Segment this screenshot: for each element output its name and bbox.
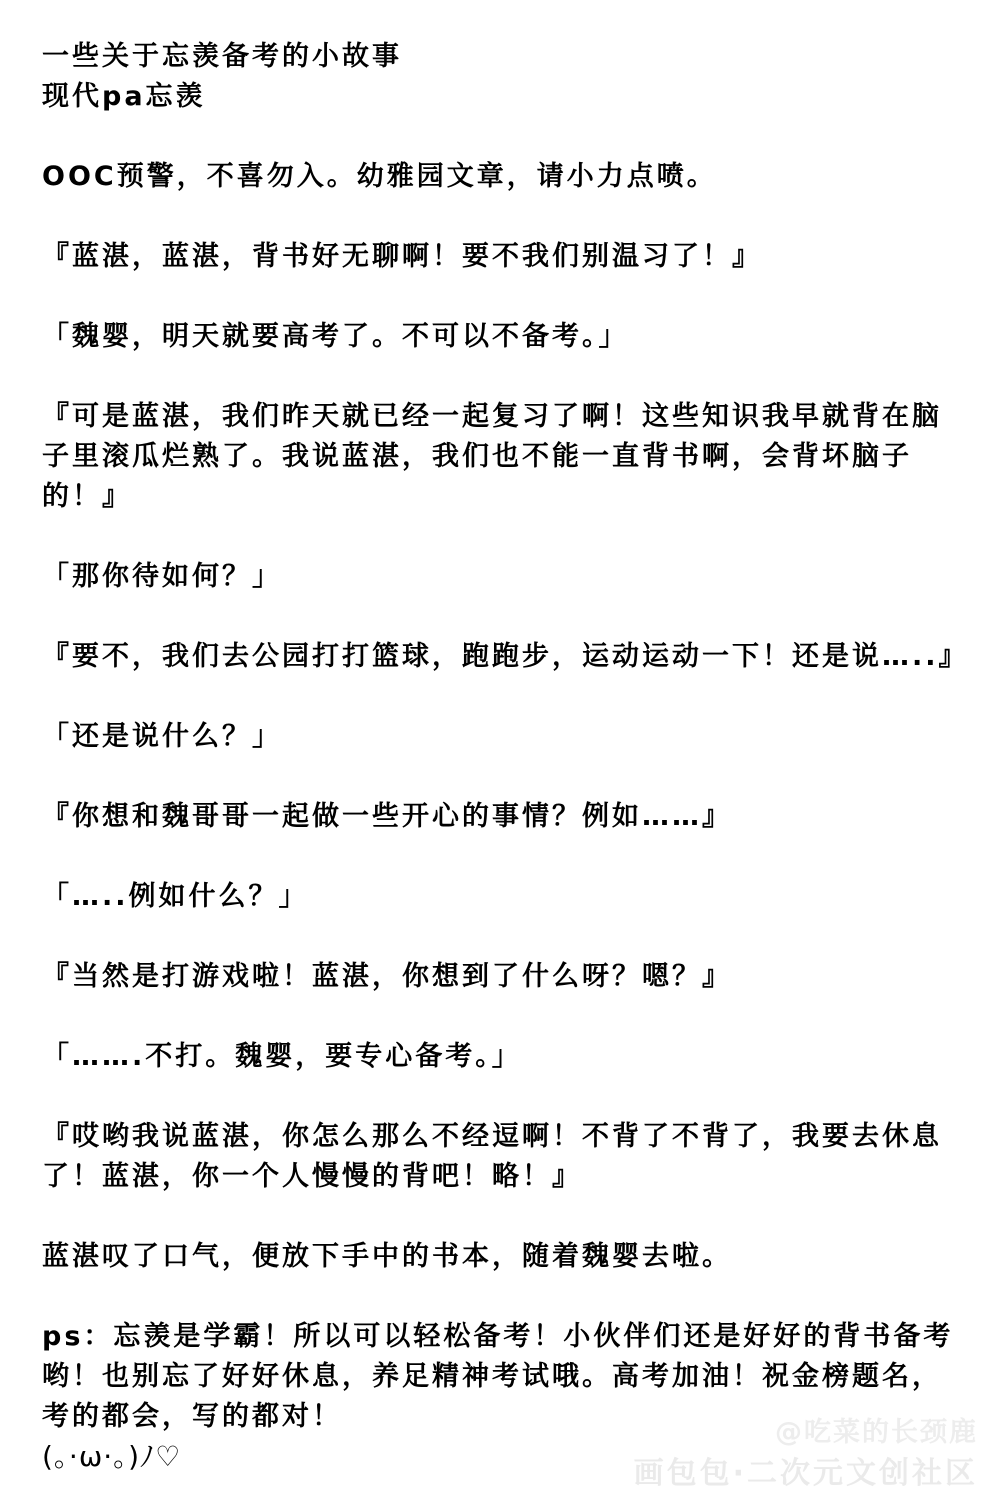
dialogue-paragraph: 『你想和魏哥哥一起做一些开心的事情？例如……』 [42, 797, 962, 837]
dialogue-paragraph: 「魏婴，明天就要高考了。不可以不备考。」 [42, 317, 962, 357]
dialogue-paragraph: 「…..例如什么？」 [42, 877, 962, 917]
dialogue-paragraph: 「…….不打。魏婴，要专心备考。」 [42, 1037, 962, 1077]
dialogue-paragraph: 『当然是打游戏啦！蓝湛，你想到了什么呀？嗯？』 [42, 957, 962, 997]
warning-text: OOC预警，不喜勿入。幼雅园文章，请小力点喷。 [42, 157, 962, 197]
dialogue-paragraph: 『蓝湛，蓝湛，背书好无聊啊！要不我们别温习了！』 [42, 237, 962, 277]
postscript-text: ps：忘羡是学霸！所以可以轻松备考！小伙伴们还是好好的背书备考哟！也别忘了好好休… [42, 1317, 962, 1437]
story-content: 一些关于忘羡备考的小故事 现代pa忘羡 OOC预警，不喜勿入。幼雅园文章，请小力… [42, 37, 962, 1477]
dialogue-paragraph: 「那你待如何？」 [42, 557, 962, 597]
dialogue-paragraph: 『可是蓝湛，我们昨天就已经一起复习了啊！这些知识我早就背在脑子里滚瓜烂熟了。我说… [42, 397, 962, 517]
dialogue-paragraph: 『哎哟我说蓝湛，你怎么那么不经逗啊！不背了不背了，我要去休息了！蓝湛，你一个人慢… [42, 1117, 962, 1197]
dialogue-paragraph: 「还是说什么？」 [42, 717, 962, 757]
narration-paragraph: 蓝湛叹了口气，便放下手中的书本，随着魏婴去啦。 [42, 1237, 962, 1277]
kaomoji-emoticon: (｡·ω·｡)ﾉ♡ [42, 1437, 962, 1477]
document-page: 一些关于忘羡备考的小故事 现代pa忘羡 OOC预警，不喜勿入。幼雅园文章，请小力… [0, 0, 1000, 1506]
dialogue-paragraph: 『要不，我们去公园打打篮球，跑跑步，运动运动一下！还是说…..』 [42, 637, 962, 677]
page-title: 一些关于忘羡备考的小故事 [42, 37, 962, 77]
page-subtitle: 现代pa忘羡 [42, 77, 962, 117]
document-header: 一些关于忘羡备考的小故事 现代pa忘羡 [42, 37, 962, 117]
